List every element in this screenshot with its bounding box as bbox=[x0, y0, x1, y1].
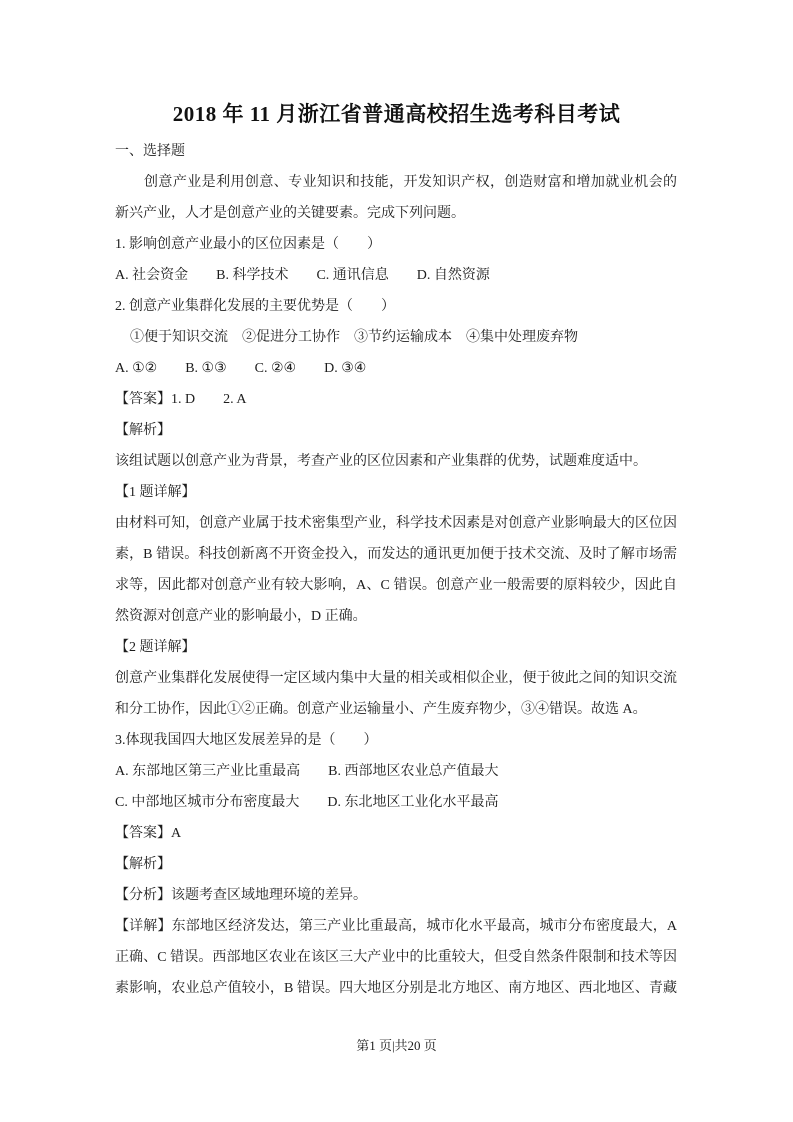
q3-analysis: 【分析】该题考查区域地理环境的差异。 bbox=[115, 880, 677, 911]
q1-explain-line-1: 由材料可知，创意产业属于技术密集型产业，科学技术因素是对创意产业影响最大的区位因 bbox=[115, 508, 677, 539]
answer-q1-q2: 【答案】1. D 2. A bbox=[115, 384, 677, 415]
q1-explain-line-2: 素，B 错误。科技创新离不开资金投入，而发达的通讯更加便于技术交流、及时了解市场… bbox=[115, 539, 677, 570]
analysis-label-2: 【解析】 bbox=[115, 849, 677, 880]
q2-explain-label: 【2 题详解】 bbox=[115, 632, 677, 663]
q1-explain-label: 【1 题详解】 bbox=[115, 477, 677, 508]
question-2: 2. 创意产业集群化发展的主要优势是（ ） bbox=[115, 291, 677, 322]
document-body: 一、选择题 创意产业是利用创意、专业知识和技能，开发知识产权，创造财富和增加就业… bbox=[115, 136, 677, 1004]
intro-line-1: 创意产业是利用创意、专业知识和技能，开发知识产权，创造财富和增加就业机会的 bbox=[115, 167, 677, 198]
question-3-options-ab: A. 东部地区第三产业比重最高 B. 西部地区农业总产值最大 bbox=[115, 756, 677, 787]
answer-q3: 【答案】A bbox=[115, 818, 677, 849]
q3-detail-line-3: 素影响，农业总产值较小，B 错误。四大地区分别是北方地区、南方地区、西北地区、青… bbox=[115, 973, 677, 1004]
q3-detail-line-1: 【详解】东部地区经济发达，第三产业比重最高，城市化水平最高，城市分布密度最大，A bbox=[115, 911, 677, 942]
q2-explain-line-2: 和分工协作，因此①②正确。创意产业运输量小、产生废弃物少，③④错误。故选 A。 bbox=[115, 694, 677, 725]
question-1: 1. 影响创意产业最小的区位因素是（ ） bbox=[115, 229, 677, 260]
question-2-options: A. ①② B. ①③ C. ②④ D. ③④ bbox=[115, 353, 677, 384]
question-2-items: ①便于知识交流 ②促进分工协作 ③节约运输成本 ④集中处理废弃物 bbox=[115, 322, 677, 353]
analysis-overview: 该组试题以创意产业为背景，考查产业的区位因素和产业集群的优势，试题难度适中。 bbox=[115, 446, 677, 477]
q3-detail-line-2: 正确、C 错误。西部地区农业在该区三大产业中的比重较大，但受自然条件限制和技术等… bbox=[115, 942, 677, 973]
analysis-label-1: 【解析】 bbox=[115, 415, 677, 446]
document-page: 2018 年 11 月浙江省普通高校招生选考科目考试 一、选择题 创意产业是利用… bbox=[0, 0, 793, 1122]
question-1-options: A. 社会资金 B. 科学技术 C. 通讯信息 D. 自然资源 bbox=[115, 260, 677, 291]
intro-line-2: 新兴产业，人才是创意产业的关键要素。完成下列问题。 bbox=[115, 198, 677, 229]
q2-explain-line-1: 创意产业集群化发展使得一定区域内集中大量的相关或相似企业，便于彼此之间的知识交流 bbox=[115, 663, 677, 694]
q1-explain-line-4: 然资源对创意产业的影响最小，D 正确。 bbox=[115, 601, 677, 632]
question-3: 3.体现我国四大地区发展差异的是（ ） bbox=[115, 725, 677, 756]
section-heading: 一、选择题 bbox=[115, 136, 677, 167]
q1-explain-line-3: 求等，因此都对创意产业有较大影响，A、C 错误。创意产业一般需要的原料较少，因此… bbox=[115, 570, 677, 601]
document-title: 2018 年 11 月浙江省普通高校招生选考科目考试 bbox=[0, 98, 793, 128]
question-3-options-cd: C. 中部地区城市分布密度最大 D. 东北地区工业化水平最高 bbox=[115, 787, 677, 818]
page-number-footer: 第1 页|共20 页 bbox=[0, 1036, 793, 1056]
